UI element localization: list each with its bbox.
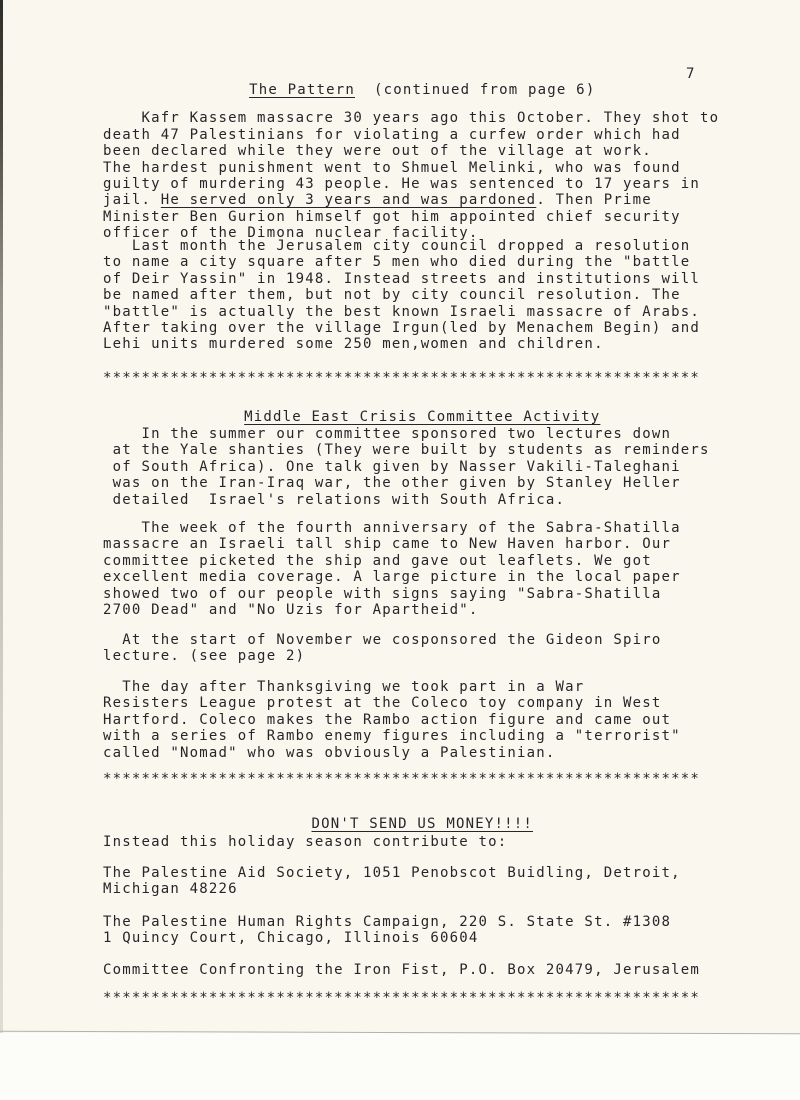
paragraph-kafr-kassem: Kafr Kassem massacre 30 years ago this O… <box>103 94 703 258</box>
paragraph-yale-lectures: In the summer our committee sponsored tw… <box>103 426 703 508</box>
page-underlay <box>0 1033 800 1100</box>
scan-left-edge <box>0 0 3 1033</box>
address-human-rights-campaign: The Palestine Human Rights Campaign, 220… <box>103 914 703 947</box>
address-palestine-aid-society: The Palestine Aid Society, 1051 Penobsco… <box>103 865 703 898</box>
contribute-intro: Instead this holiday season contribute t… <box>103 834 703 850</box>
paragraph-coleco-protest: The day after Thanksgiving we took part … <box>103 679 703 761</box>
paragraph-spiro-lecture: At the start of November we cosponsored … <box>103 632 703 665</box>
section-heading-text: Middle East Crisis Committee Activity <box>244 409 600 425</box>
section-heading-text: DON'T SEND US MONEY!!!! <box>312 816 533 832</box>
asterisk-divider: ****************************************… <box>103 370 703 386</box>
asterisk-divider: ****************************************… <box>103 990 703 1006</box>
paragraph-jerusalem-council: Last month the Jerusalem city council dr… <box>103 238 703 353</box>
paragraph-tall-ship: The week of the fourth anniversary of th… <box>103 520 703 618</box>
asterisk-divider: ****************************************… <box>103 771 703 787</box>
page-number: 7 <box>686 66 696 82</box>
address-iron-fist-committee: Committee Confronting the Iron Fist, P.O… <box>103 962 703 978</box>
underlined-phrase: He served only 3 years and was pardoned <box>161 192 537 208</box>
